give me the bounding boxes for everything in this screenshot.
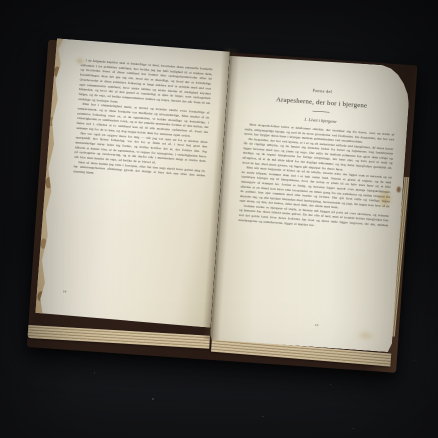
right-page-text: Første del Arapesherne, der bor i bjerge…: [231, 70, 399, 338]
dust-speck: [94, 372, 95, 374]
title-divider: [312, 111, 329, 113]
dust-speck: [330, 384, 331, 385]
page-left: I de følgende kapitler skal vi beskæftig…: [35, 38, 230, 328]
stain: [397, 186, 401, 192]
dust-speck: [262, 416, 264, 417]
page-right: Første del Arapesherne, der bor i bjerge…: [210, 54, 412, 352]
left-page-text: I de følgende kapitler skal vi beskæftig…: [65, 58, 213, 303]
dust-speck: [152, 398, 154, 400]
photo-surface: I de følgende kapitler skal vi beskæftig…: [0, 0, 438, 438]
open-book: I de følgende kapitler skal vi beskæftig…: [26, 32, 412, 357]
dust-speck: [414, 360, 415, 361]
page-number-right: 15: [315, 323, 319, 327]
page-number-left: 14: [63, 289, 67, 293]
dust-speck: [205, 430, 206, 431]
dust-speck: [352, 428, 354, 429]
